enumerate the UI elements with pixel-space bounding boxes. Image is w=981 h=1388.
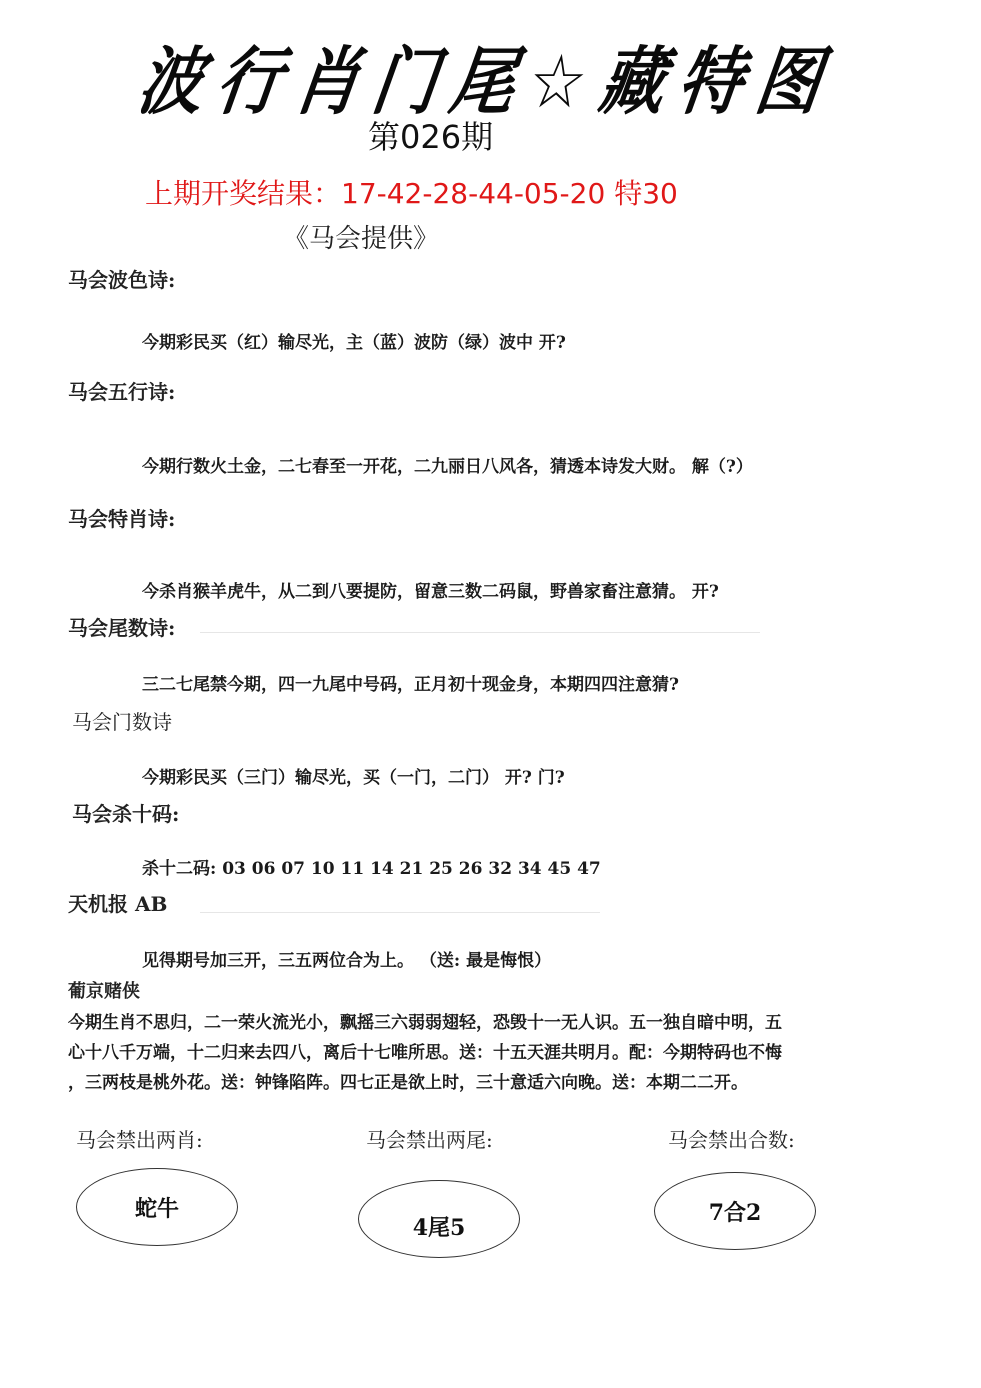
section-content-kill-ten: 杀十二码: 03 06 07 10 11 14 21 25 26 32 34 4… — [142, 854, 601, 879]
section-heading-five-elements: 马会五行诗: — [68, 376, 175, 405]
section-heading-wave-color: 马会波色诗: — [68, 264, 175, 293]
section-content-gate-number: 今期彩民买（三门）输尽光，买（一门，二门） 开? 门? — [142, 763, 565, 788]
pujing-line: 心十八千万端，十二归来去四八，离后十七唯所思。送：十五天涯共明月。配：今期特码也… — [68, 1038, 918, 1068]
section-heading-tianjibao: 天机报 AB — [68, 888, 167, 917]
section-content-five-elements: 今期行数火土金，二七春至一开花，二九丽日八风各，猜透本诗发大财。 解（?） — [142, 452, 753, 477]
pujing-paragraph: 今期生肖不思归，二一荣火流光小，飘摇三六弱弱翅轻，恐毁十一无人识。五一独自暗中明… — [68, 1008, 918, 1098]
ban-label-zodiac: 马会禁出两肖: — [76, 1124, 203, 1153]
issue-number: 第026期 — [368, 112, 493, 158]
ban-value-text: 4尾5 — [413, 1211, 466, 1242]
last-draw-result: 上期开奖结果：17-42-28-44-05-20 特30 — [145, 172, 678, 212]
pujing-line: ，三两枝是桃外花。送：钟锋陷阵。四七正是欲上时，三十意适六向晚。送：本期二二开。 — [68, 1068, 918, 1098]
section-heading-gate-number: 马会门数诗 — [72, 706, 172, 735]
provider-label: 《马会提供》 — [283, 218, 439, 255]
ban-label-tail: 马会禁出两尾: — [366, 1124, 493, 1153]
ban-value-text: 蛇牛 — [135, 1192, 179, 1223]
section-heading-kill-ten: 马会杀十码: — [72, 798, 179, 827]
pujing-heading: 葡京赌侠 — [68, 977, 140, 1003]
scan-artifact — [200, 912, 600, 913]
section-content-wave-color: 今期彩民买（红）输尽光，主（蓝）波防（绿）波中 开? — [142, 328, 566, 353]
ban-value-sum: 7合2 — [654, 1172, 816, 1250]
ban-value-text: 7合2 — [709, 1196, 762, 1227]
section-content-tianjibao: 见得期号加三开，三五两位合为上。 （送: 最是悔恨） — [142, 946, 551, 971]
pujing-line: 今期生肖不思归，二一荣火流光小，飘摇三六弱弱翅轻，恐毁十一无人识。五一独自暗中明… — [68, 1008, 918, 1038]
ban-label-sum: 马会禁出合数: — [668, 1124, 795, 1153]
section-heading-special-zodiac: 马会特肖诗: — [68, 503, 175, 532]
ban-value-zodiac: 蛇牛 — [76, 1168, 238, 1246]
ban-value-tail: 4尾5 — [358, 1180, 520, 1258]
section-heading-tail-number: 马会尾数诗: — [68, 612, 175, 641]
scan-artifact — [200, 632, 760, 633]
section-content-special-zodiac: 今杀肖猴羊虎牛，从二到八要提防，留意三数二码鼠，野兽家畜注意猜。 开? — [142, 577, 719, 602]
section-content-tail-number: 三二七尾禁今期，四一九尾中号码，正月初十现金身，本期四四注意猜? — [142, 670, 679, 695]
